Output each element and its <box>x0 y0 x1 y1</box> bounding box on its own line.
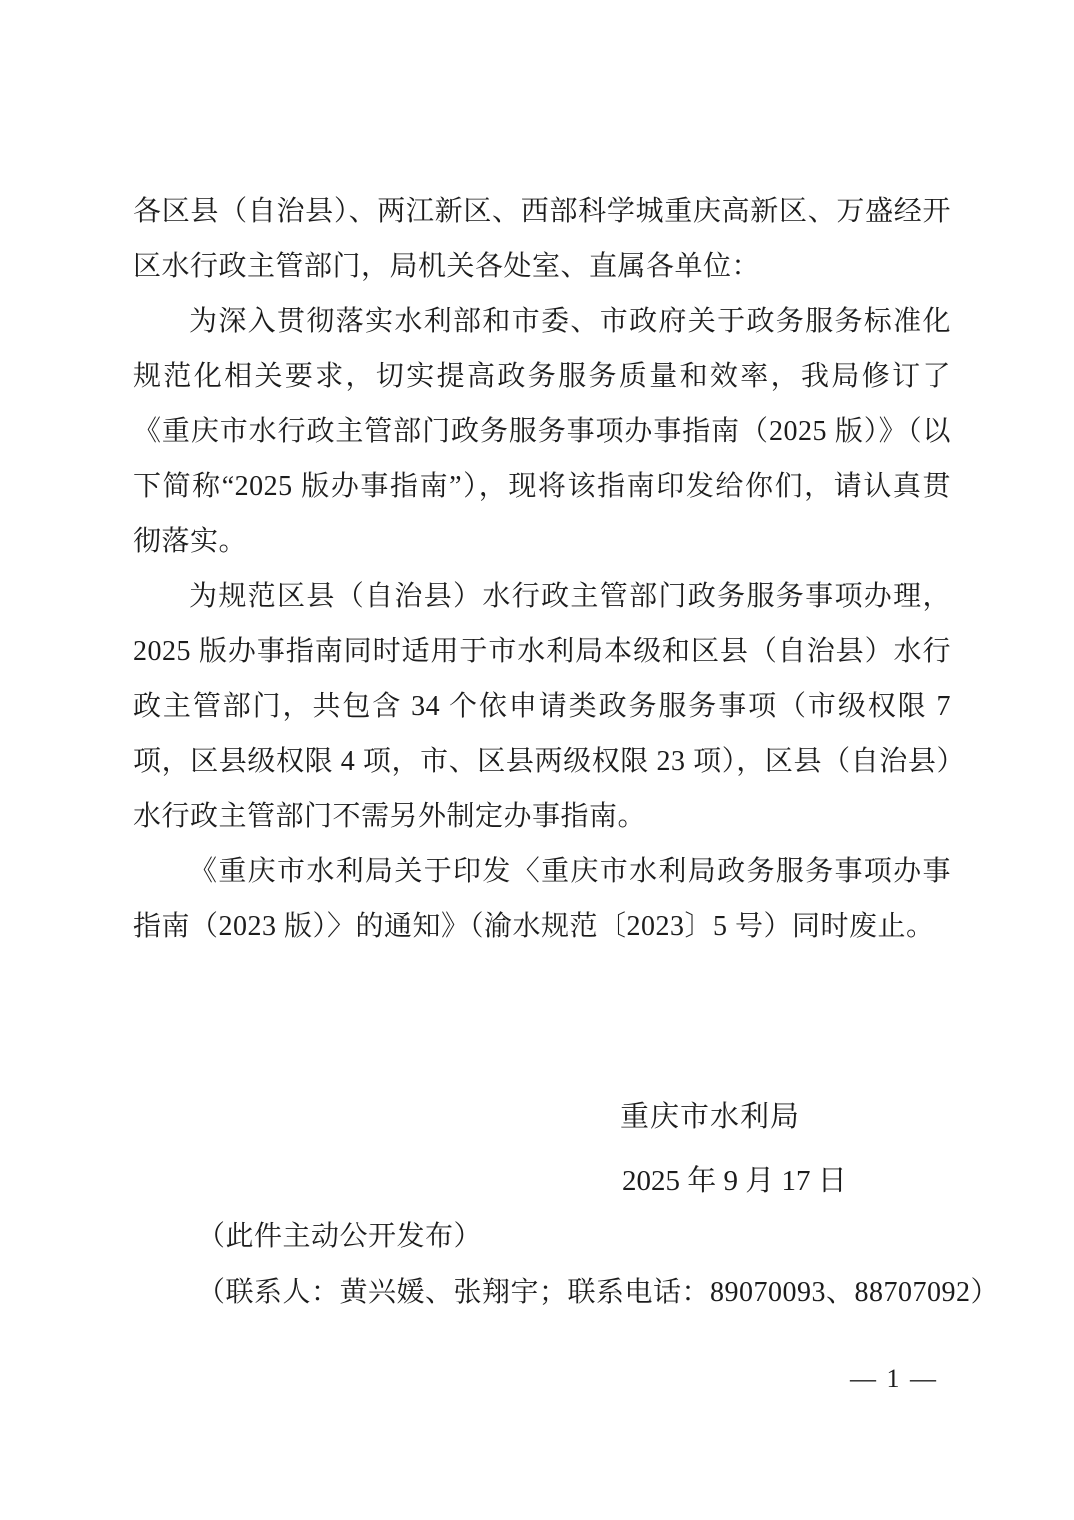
signature-organization: 重庆市水利局 <box>620 1096 800 1138</box>
paragraph-scope: 为规范区县（自治县）水行政主管部门政务服务事项办理，2025 版办事指南同时适用… <box>133 569 951 844</box>
signature-date: 2025 年 9 月 17 日 <box>622 1160 847 1202</box>
contact-info-note: （联系人：黄兴媛、张翔宇；联系电话：89070093、88707092） <box>197 1272 999 1314</box>
recipients-line: 各区县（自治县）、两江新区、西部科学城重庆高新区、万盛经开区水行政主管部门，局机… <box>133 184 951 294</box>
paragraph-intro: 为深入贯彻落实水利部和市委、市政府关于政务服务标准化规范化相关要求，切实提高政务… <box>133 294 951 569</box>
document-body: 各区县（自治县）、两江新区、西部科学城重庆高新区、万盛经开区水行政主管部门，局机… <box>133 184 951 954</box>
document-page: 各区县（自治县）、两江新区、西部科学城重庆高新区、万盛经开区水行政主管部门，局机… <box>0 0 1074 1520</box>
paragraph-repeal: 《重庆市水利局关于印发〈重庆市水利局政务服务事项办事指南（2023 版）〉的通知… <box>133 844 951 954</box>
public-release-note: （此件主动公开发布） <box>197 1216 482 1258</box>
page-number: — 1 — <box>850 1362 938 1396</box>
